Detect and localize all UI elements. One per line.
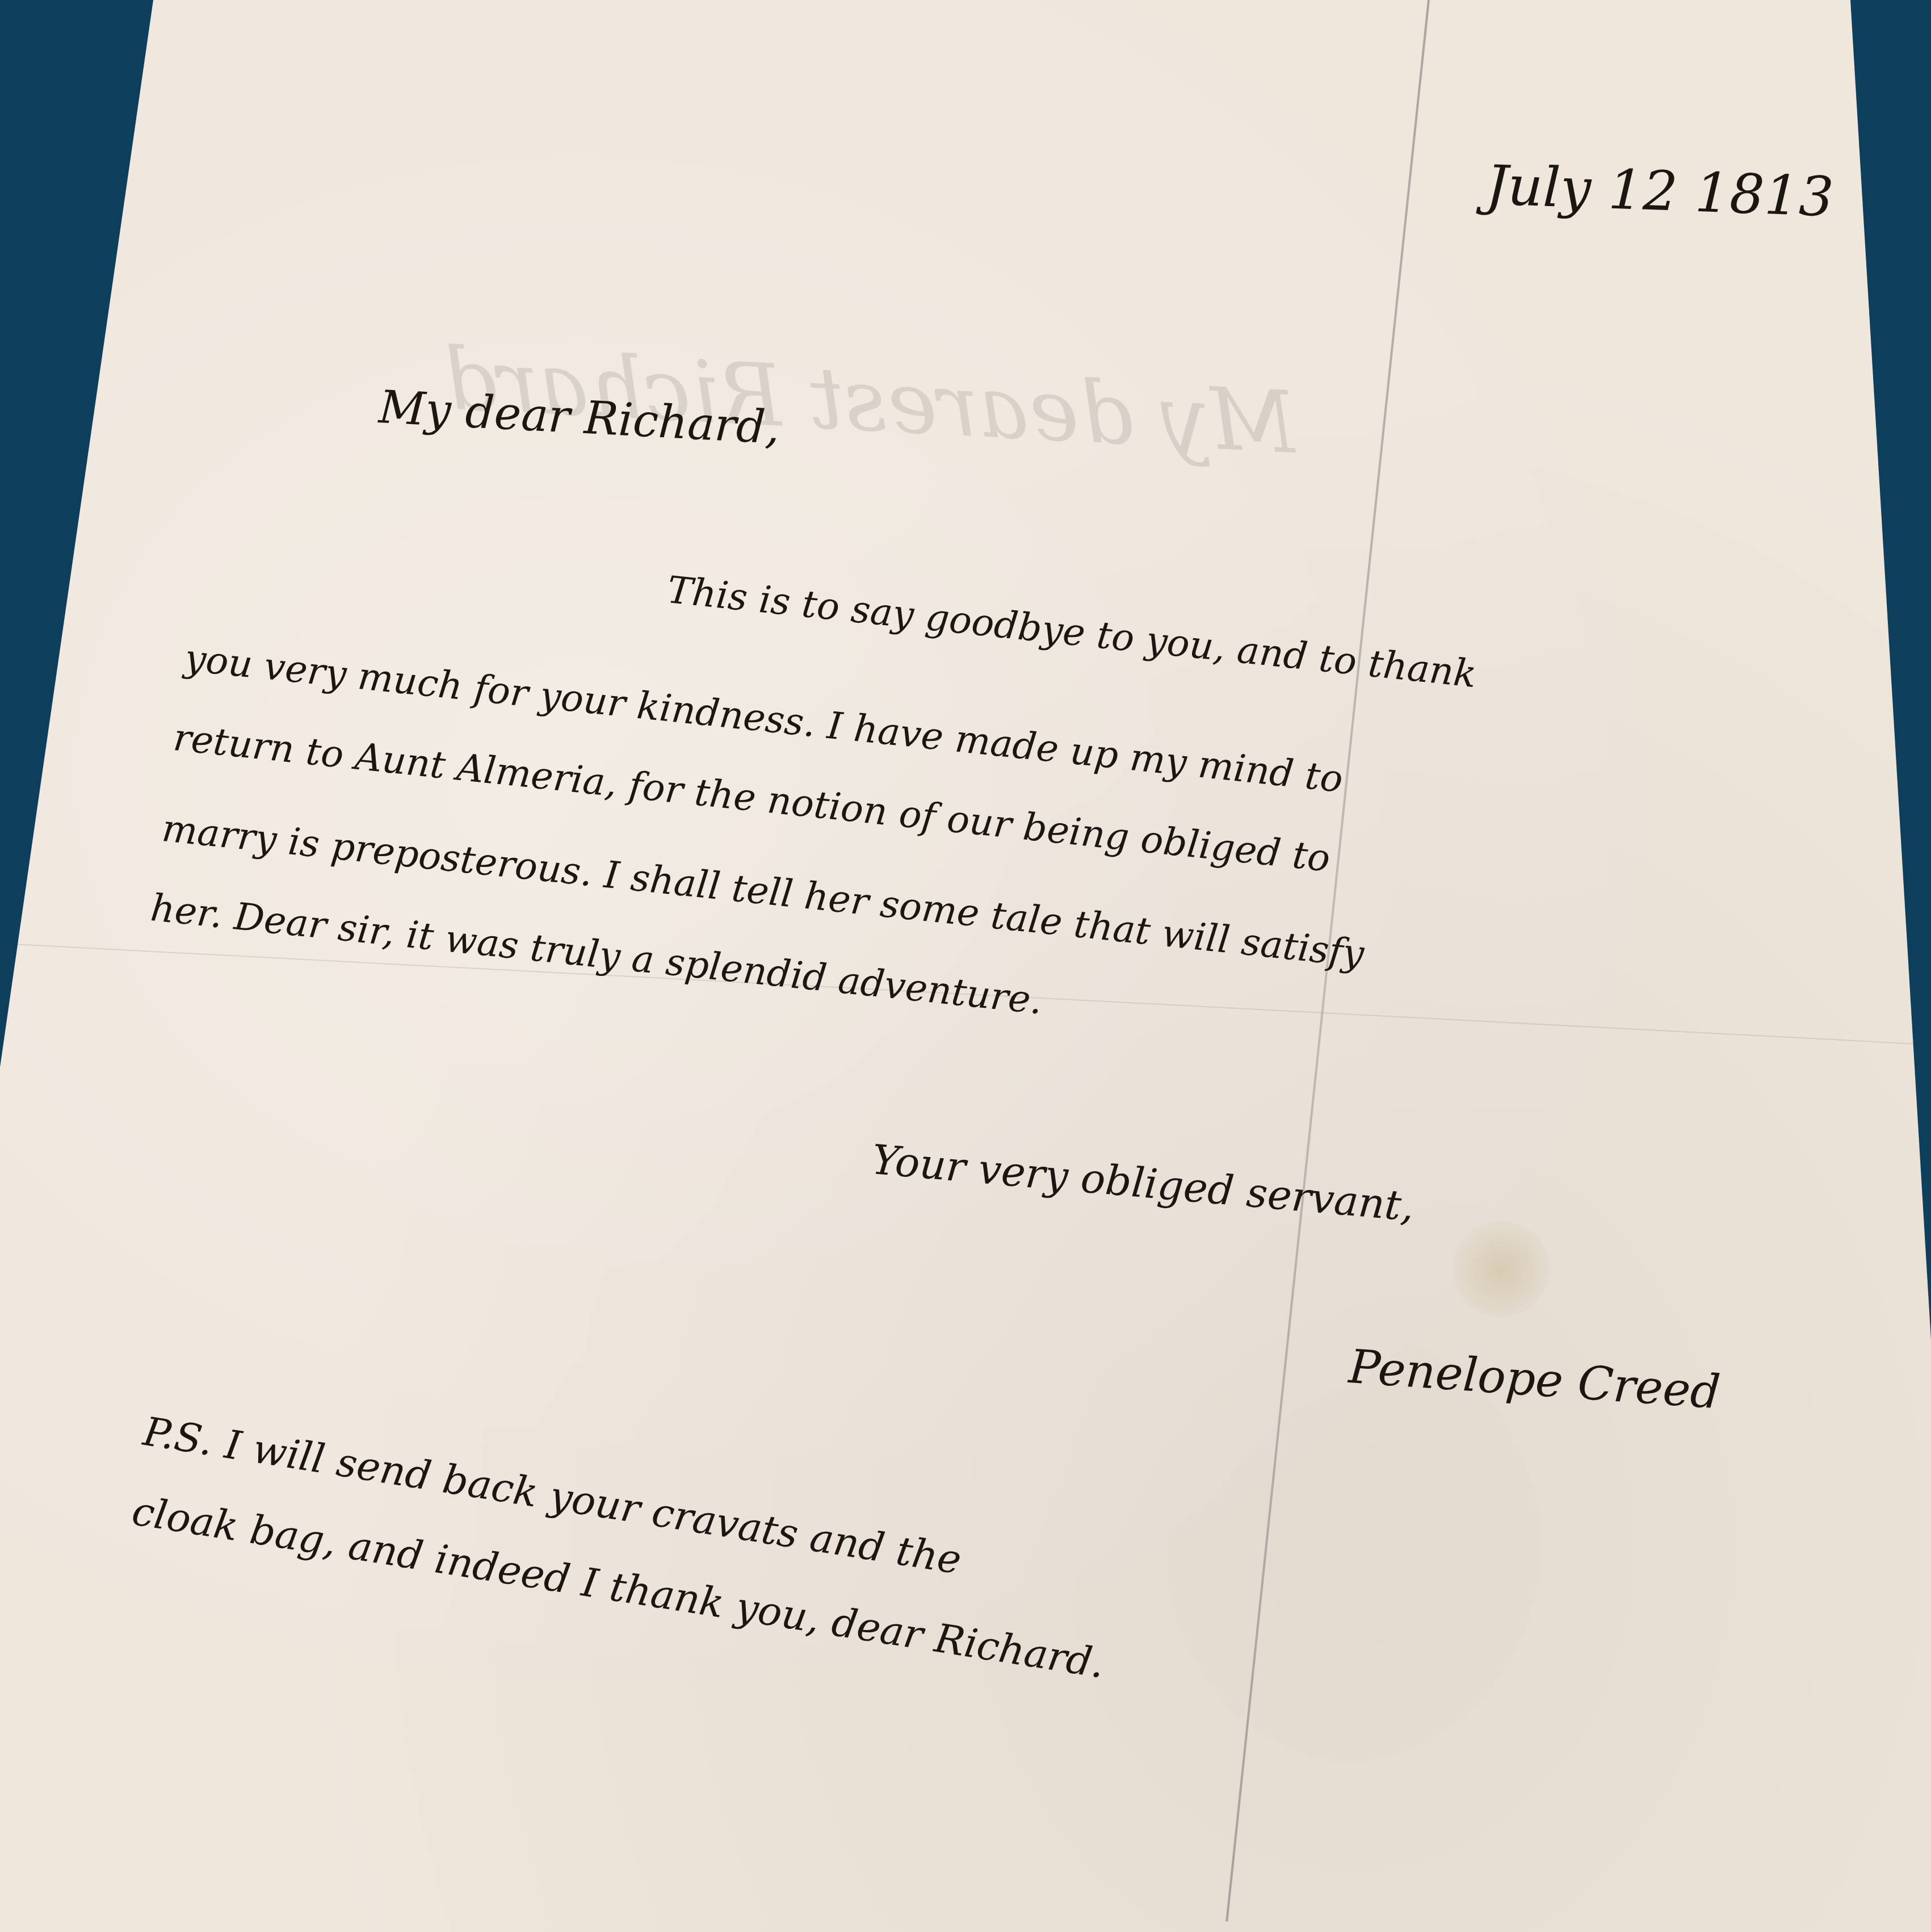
letter-paper: My dearest Richard July 12 1813 My dear … xyxy=(0,0,1931,1932)
letter-date: July 12 1813 xyxy=(1485,153,1835,229)
signature: Penelope Creed xyxy=(1347,1340,1722,1419)
body-line: This is to say goodbye to you, and to th… xyxy=(665,568,1479,696)
ink-stain xyxy=(1453,1221,1550,1317)
closing: Your very obliged servant, xyxy=(870,1135,1416,1230)
